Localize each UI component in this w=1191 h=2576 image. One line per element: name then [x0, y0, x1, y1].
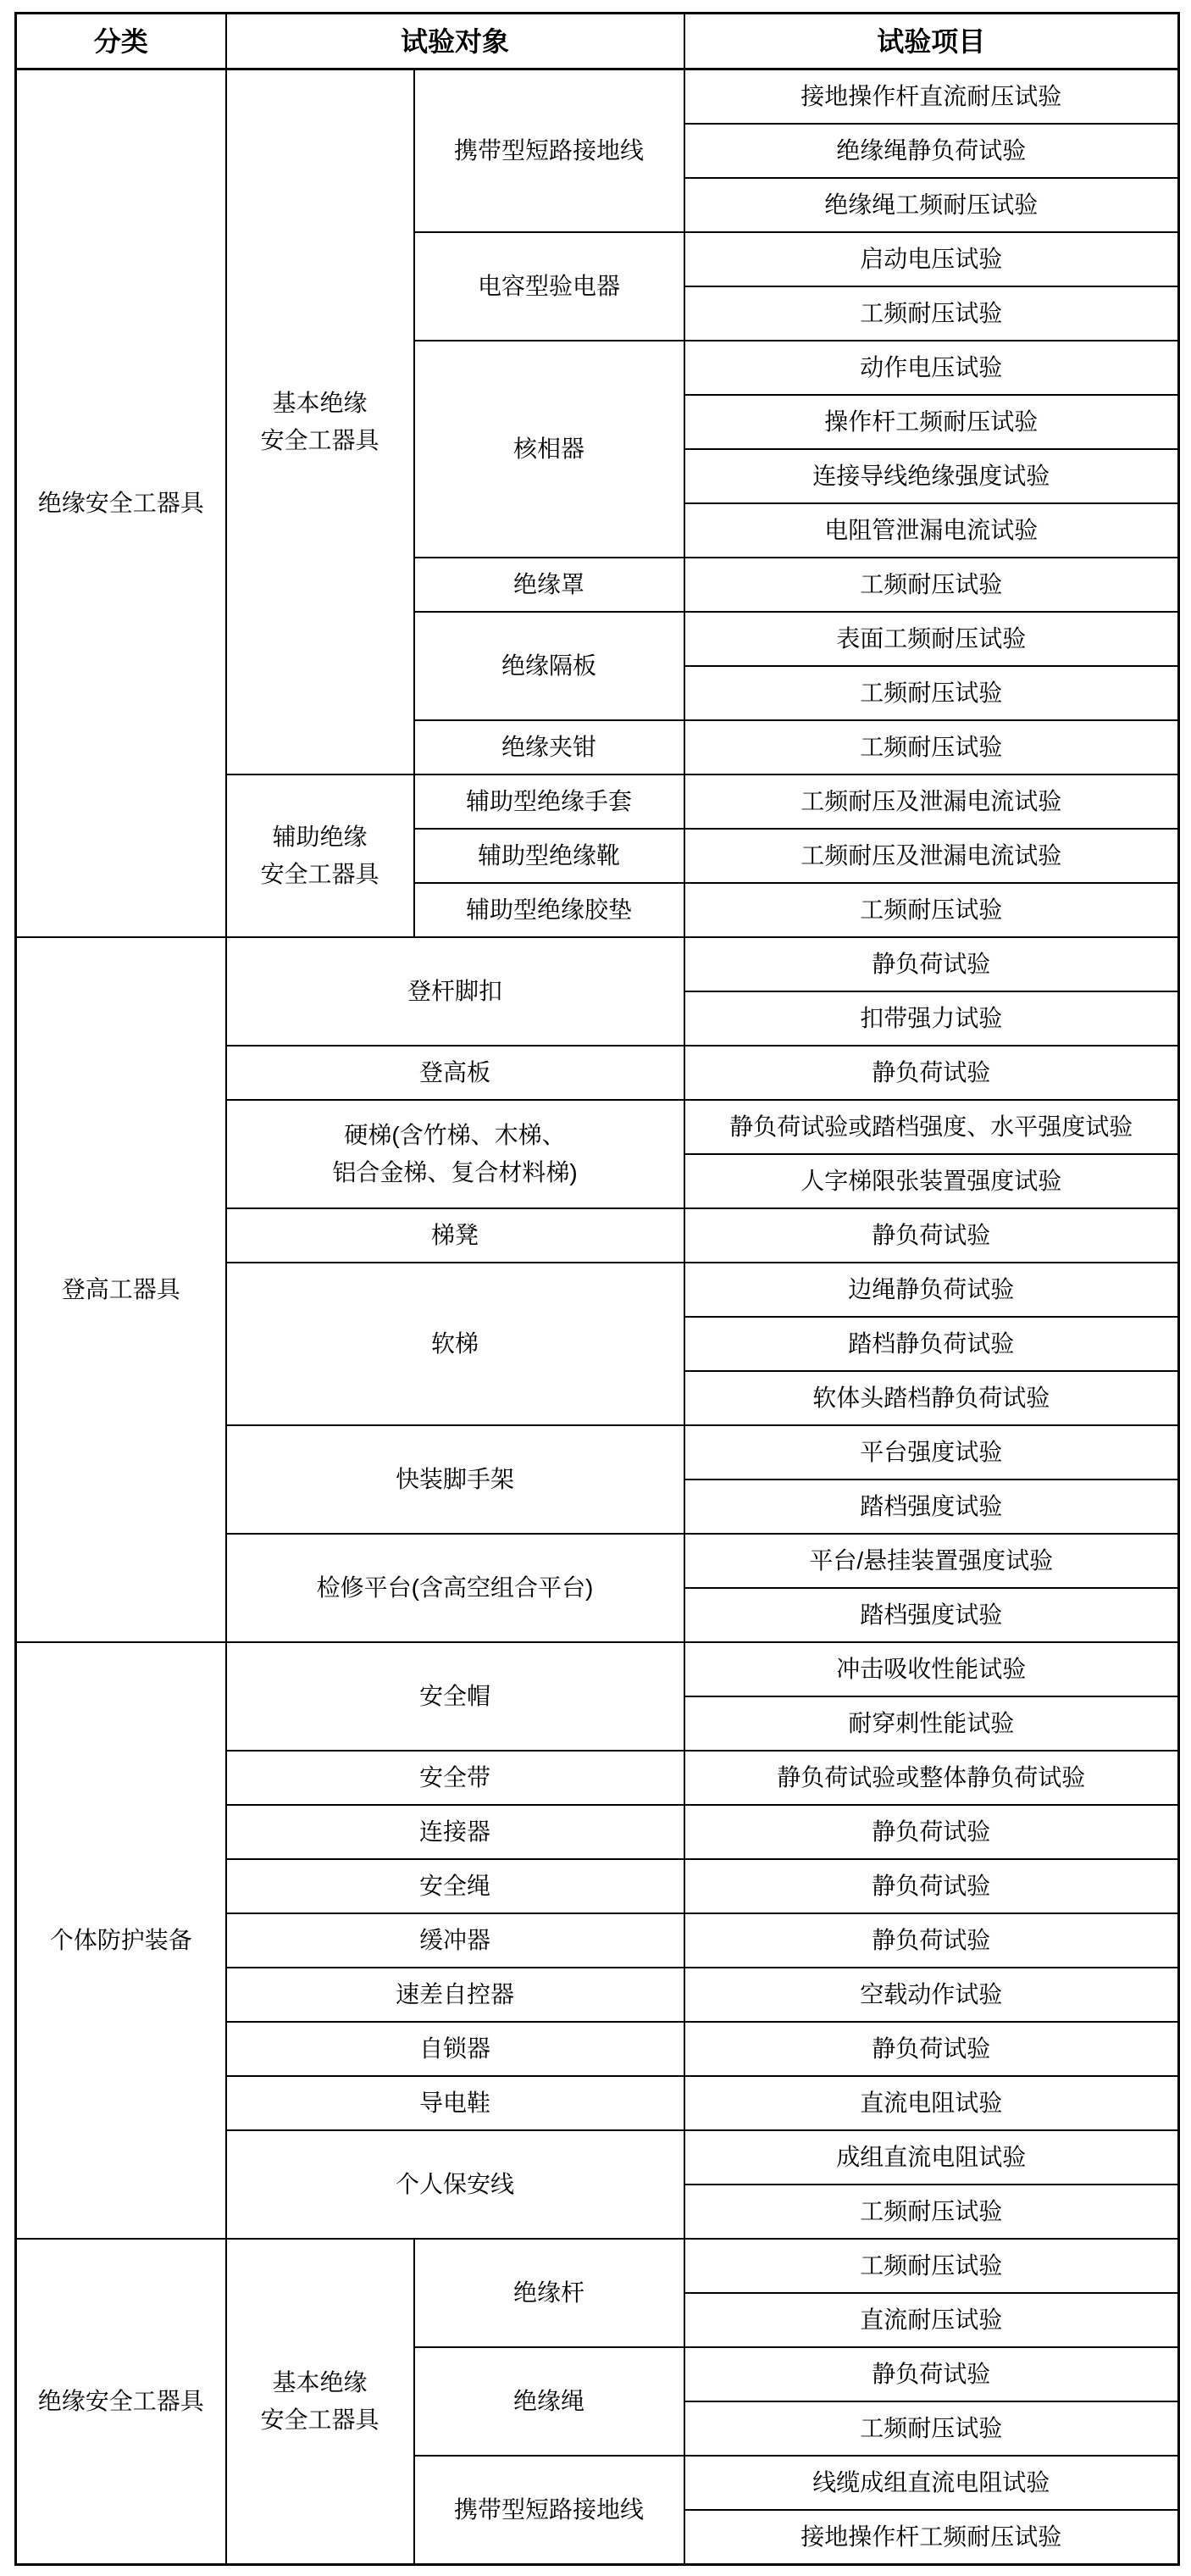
category-cell: 绝缘安全工器具: [16, 69, 226, 938]
test-item-cell: 工频耐压试验: [684, 286, 1179, 341]
test-item-cell: 静负荷试验或整体静负荷试验: [684, 1751, 1179, 1805]
subcategory-cell: 辅助绝缘 安全工器具: [226, 774, 414, 937]
header-category: 分类: [16, 14, 226, 69]
object-cell: 安全带: [226, 1751, 684, 1805]
object-cell: 安全帽: [226, 1642, 684, 1751]
object-cell: 电容型验电器: [414, 232, 684, 341]
object-cell: 快装脚手架: [226, 1425, 684, 1534]
test-item-cell: 静负荷试验: [684, 1805, 1179, 1859]
test-item-cell: 成组直流电阻试验: [684, 2130, 1179, 2185]
category-cell: 绝缘安全工器具: [16, 2239, 226, 2565]
object-cell: 绝缘隔板: [414, 612, 684, 720]
subcategory-cell: 基本绝缘 安全工器具: [226, 2239, 414, 2565]
object-cell: 绝缘夹钳: [414, 720, 684, 774]
category-cell: 登高工器具: [16, 937, 226, 1642]
test-item-cell: 线缆成组直流电阻试验: [684, 2456, 1179, 2510]
test-item-cell: 边绳静负荷试验: [684, 1263, 1179, 1317]
object-cell: 辅助型绝缘胶垫: [414, 883, 684, 937]
test-item-cell: 工频耐压试验: [684, 2239, 1179, 2293]
header-object: 试验对象: [226, 14, 684, 69]
test-item-cell: 平台强度试验: [684, 1425, 1179, 1480]
header-item: 试验项目: [684, 14, 1179, 69]
object-cell: 辅助型绝缘手套: [414, 774, 684, 829]
object-cell: 导电鞋: [226, 2076, 684, 2130]
object-cell: 核相器: [414, 341, 684, 558]
test-item-cell: 接地操作杆工频耐压试验: [684, 2510, 1179, 2565]
object-cell: 登杆脚扣: [226, 937, 684, 1046]
test-item-cell: 工频耐压试验: [684, 558, 1179, 612]
object-cell: 绝缘绳: [414, 2347, 684, 2456]
table-row: 个体防护装备 安全帽 冲击吸收性能试验: [16, 1642, 1179, 1696]
object-cell: 连接器: [226, 1805, 684, 1859]
object-cell: 软梯: [226, 1263, 684, 1425]
test-item-cell: 工频耐压试验: [684, 883, 1179, 937]
test-item-cell: 静负荷试验: [684, 1208, 1179, 1263]
subcategory-cell: 基本绝缘 安全工器具: [226, 69, 414, 775]
test-items-table: 分类 试验对象 试验项目 绝缘安全工器具 基本绝缘 安全工器具 携带型短路接地线…: [14, 12, 1180, 2566]
object-cell: 辅助型绝缘靴: [414, 829, 684, 883]
test-item-cell: 连接导线绝缘强度试验: [684, 449, 1179, 503]
test-item-cell: 工频耐压试验: [684, 720, 1179, 774]
object-cell: 梯凳: [226, 1208, 684, 1263]
test-item-cell: 平台/悬挂装置强度试验: [684, 1534, 1179, 1588]
test-item-cell: 冲击吸收性能试验: [684, 1642, 1179, 1696]
object-cell: 速差自控器: [226, 1968, 684, 2022]
table-row: 绝缘安全工器具 基本绝缘 安全工器具 携带型短路接地线 接地操作杆直流耐压试验: [16, 69, 1179, 125]
table-row: 登高工器具 登杆脚扣 静负荷试验: [16, 937, 1179, 991]
test-item-cell: 表面工频耐压试验: [684, 612, 1179, 666]
test-item-cell: 工频耐压试验: [684, 2185, 1179, 2239]
table-header-row: 分类 试验对象 试验项目: [16, 14, 1179, 69]
page: { "page": { "background": "#ffffff", "te…: [0, 0, 1191, 2576]
object-cell: 携带型短路接地线: [414, 2456, 684, 2565]
test-item-cell: 踏档强度试验: [684, 1480, 1179, 1534]
test-item-cell: 人字梯限张装置强度试验: [684, 1154, 1179, 1208]
test-item-cell: 静负荷试验: [684, 1913, 1179, 1968]
test-item-cell: 空载动作试验: [684, 1968, 1179, 2022]
object-cell: 携带型短路接地线: [414, 69, 684, 233]
object-cell: 自锁器: [226, 2022, 684, 2076]
test-item-cell: 直流电阻试验: [684, 2076, 1179, 2130]
object-cell: 登高板: [226, 1046, 684, 1100]
test-item-cell: 静负荷试验或踏档强度、水平强度试验: [684, 1100, 1179, 1154]
test-item-cell: 操作杆工频耐压试验: [684, 395, 1179, 449]
test-item-cell: 接地操作杆直流耐压试验: [684, 69, 1179, 125]
test-item-cell: 踏档强度试验: [684, 1588, 1179, 1642]
test-item-cell: 绝缘绳工频耐压试验: [684, 178, 1179, 232]
test-item-cell: 电阻管泄漏电流试验: [684, 503, 1179, 558]
test-item-cell: 直流耐压试验: [684, 2293, 1179, 2347]
test-item-cell: 启动电压试验: [684, 232, 1179, 286]
test-item-cell: 工频耐压试验: [684, 666, 1179, 720]
object-cell: 安全绳: [226, 1859, 684, 1913]
table-row: 绝缘安全工器具 基本绝缘 安全工器具 绝缘杆 工频耐压试验: [16, 2239, 1179, 2293]
test-item-cell: 扣带强力试验: [684, 991, 1179, 1046]
test-item-cell: 耐穿刺性能试验: [684, 1696, 1179, 1751]
object-cell: 缓冲器: [226, 1913, 684, 1968]
category-cell: 个体防护装备: [16, 1642, 226, 2239]
test-item-cell: 静负荷试验: [684, 1046, 1179, 1100]
test-item-cell: 静负荷试验: [684, 2347, 1179, 2401]
test-item-cell: 工频耐压及泄漏电流试验: [684, 829, 1179, 883]
object-cell: 检修平台(含高空组合平台): [226, 1534, 684, 1642]
test-item-cell: 工频耐压试验: [684, 2401, 1179, 2456]
test-item-cell: 软体头踏档静负荷试验: [684, 1371, 1179, 1425]
test-item-cell: 动作电压试验: [684, 341, 1179, 395]
test-item-cell: 工频耐压及泄漏电流试验: [684, 774, 1179, 829]
object-cell: 绝缘罩: [414, 558, 684, 612]
test-item-cell: 静负荷试验: [684, 937, 1179, 991]
test-item-cell: 静负荷试验: [684, 2022, 1179, 2076]
test-item-cell: 静负荷试验: [684, 1859, 1179, 1913]
object-cell: 绝缘杆: [414, 2239, 684, 2347]
object-cell: 硬梯(含竹梯、木梯、 铝合金梯、复合材料梯): [226, 1100, 684, 1208]
test-item-cell: 绝缘绳静负荷试验: [684, 124, 1179, 178]
object-cell: 个人保安线: [226, 2130, 684, 2239]
test-item-cell: 踏档静负荷试验: [684, 1317, 1179, 1371]
